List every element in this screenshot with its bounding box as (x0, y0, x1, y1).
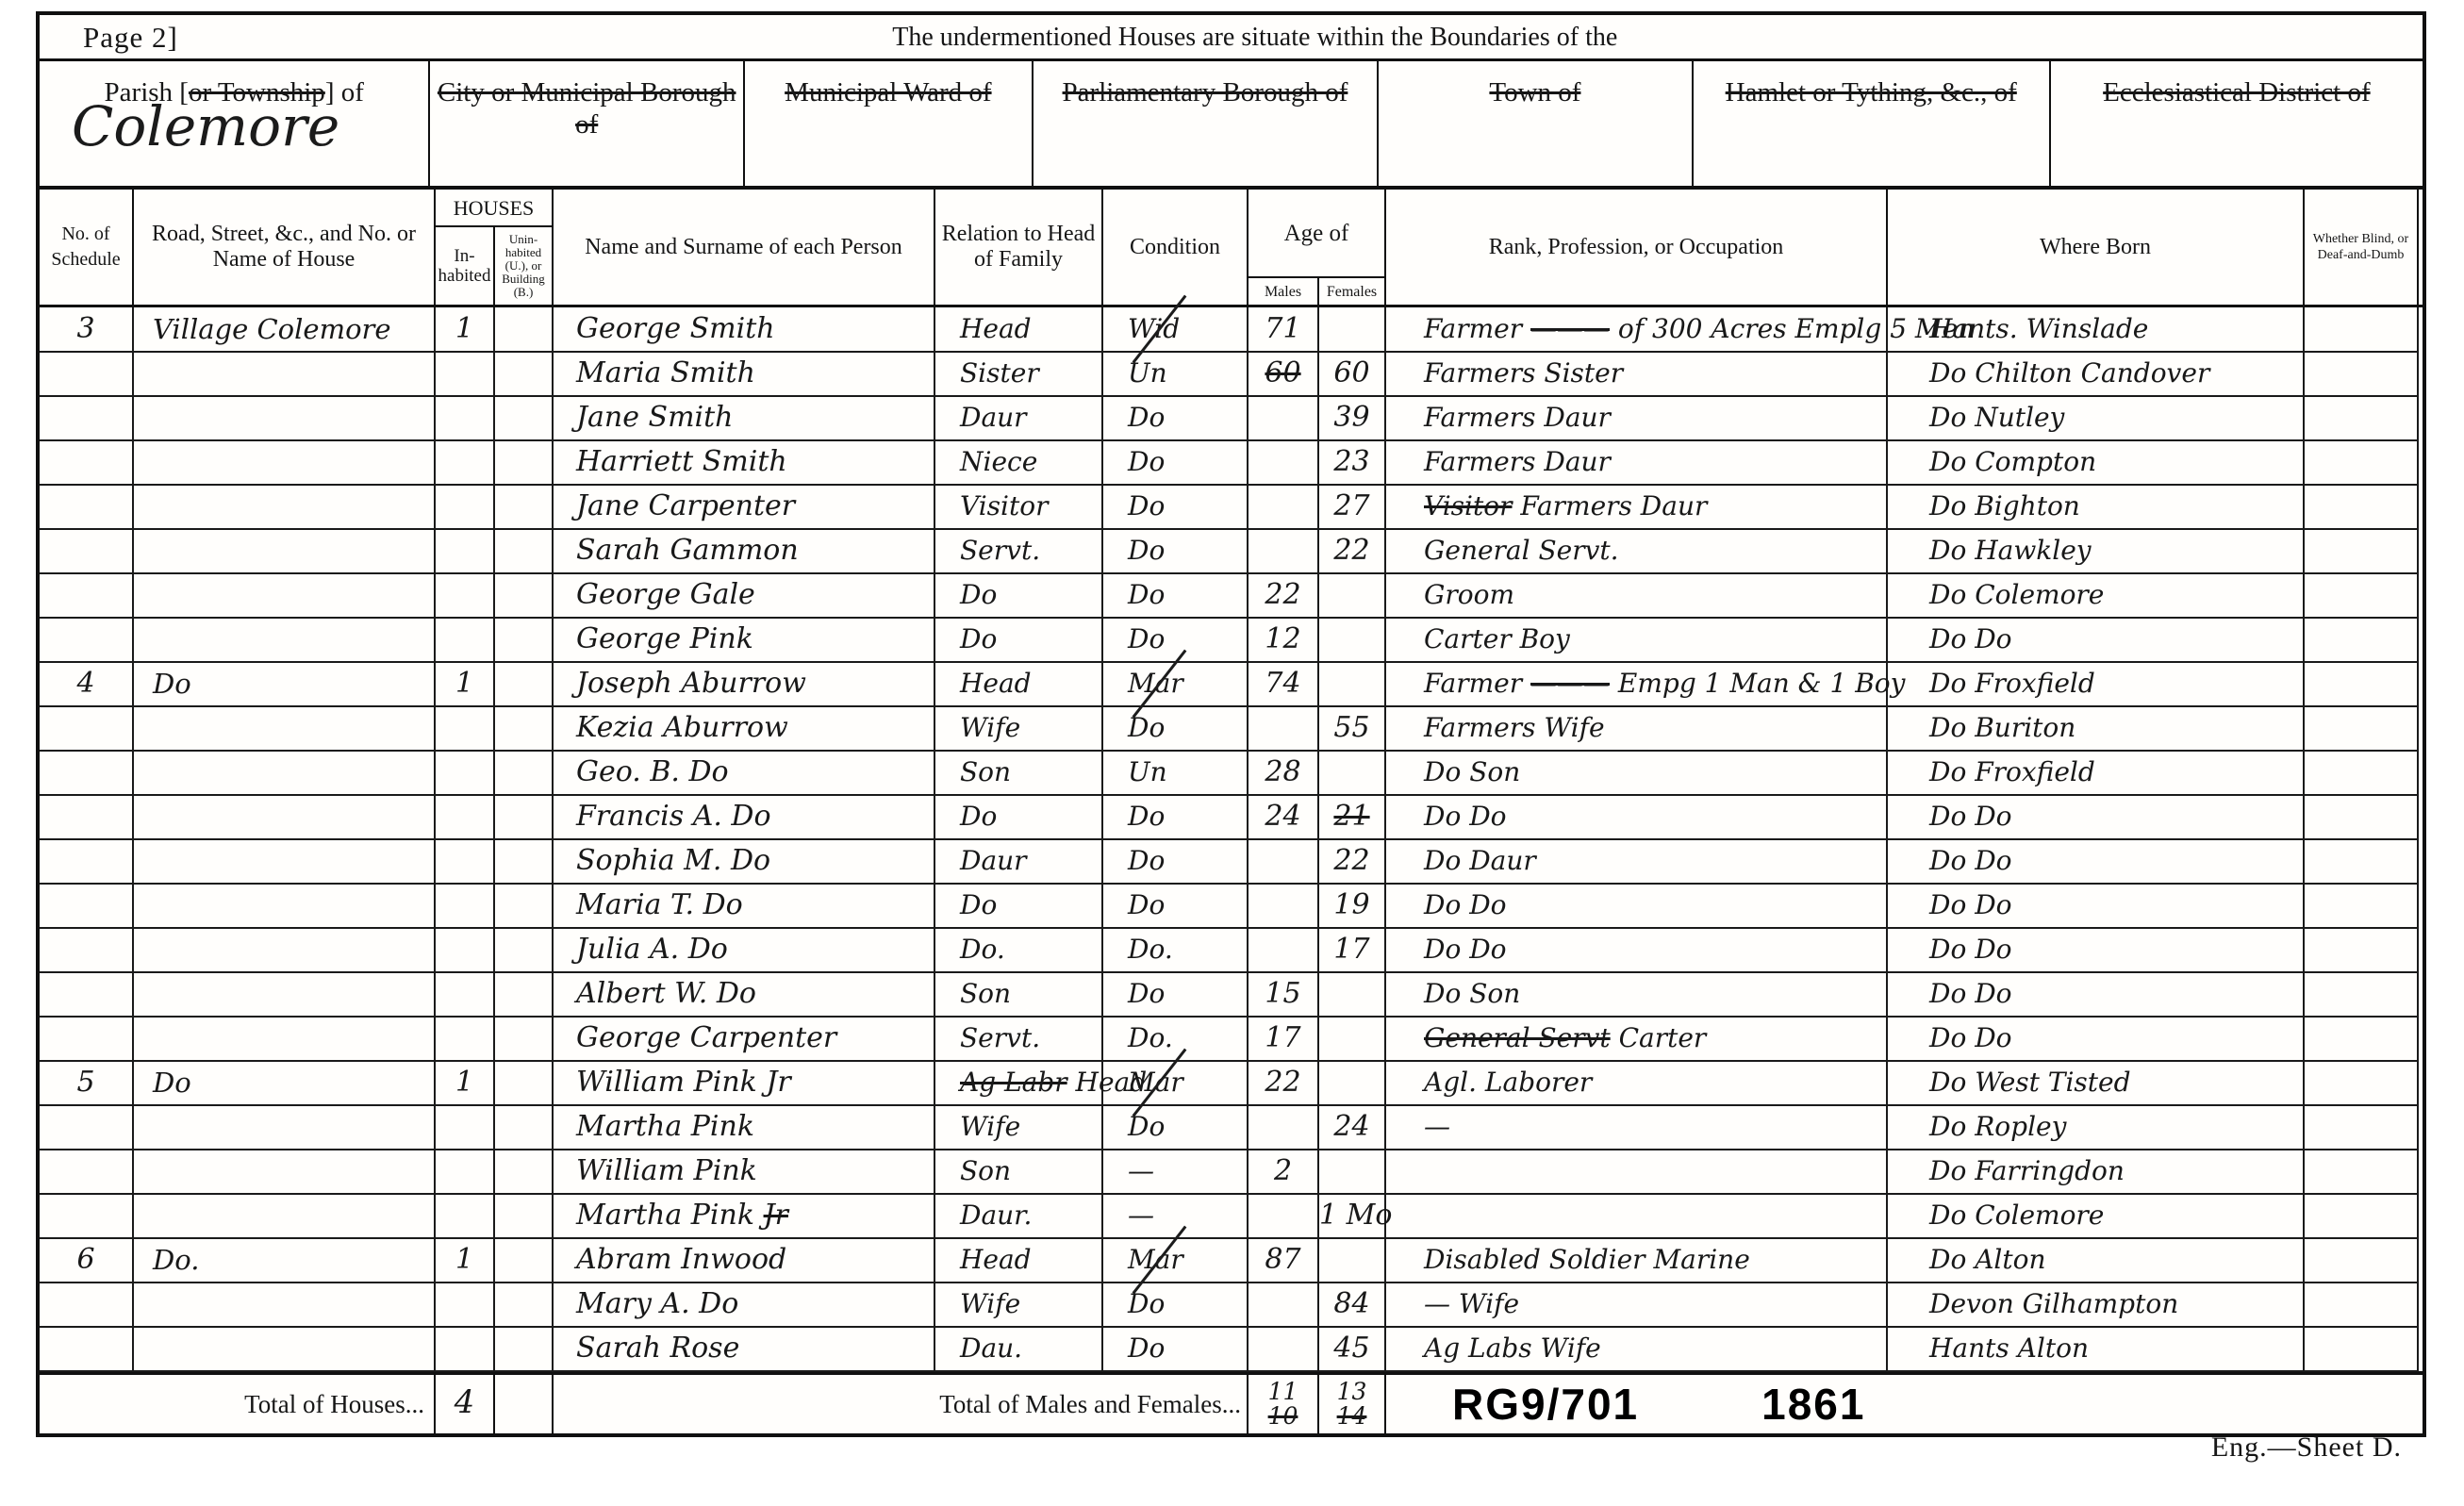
table-row: Kezia Aburrow Wife Do 55 Farmers Wife Do… (40, 706, 2423, 751)
cell-condition: Do. (1103, 1017, 1249, 1062)
cell-infirmity (2305, 662, 2419, 707)
cell-where-born: Do Hawkley (1888, 529, 2305, 574)
cell-road-street (134, 972, 436, 1018)
cell-condition: Un (1103, 352, 1249, 397)
cell-age-female (1319, 662, 1386, 707)
cell-occupation: Carter Boy (1386, 618, 1888, 663)
table-row: Sophia M. Do Daur Do 22 Do Daur Do Do (40, 839, 2423, 884)
table-row: 5 Do 1 William Pink Jr Ag Labr Head Mar … (40, 1061, 2423, 1105)
cell-age-male (1249, 706, 1319, 752)
cell-relation: Head (935, 1238, 1103, 1283)
cell-condition: Do (1103, 485, 1249, 530)
cell-house-uninhabited (495, 1327, 554, 1372)
cell-person-name: George Gale (554, 573, 935, 619)
table-row: Geo. B. Do Son Un 28 Do Son Do Froxfield (40, 751, 2423, 795)
cell-infirmity (2305, 618, 2419, 663)
cell-where-born: Do Alton (1888, 1238, 2305, 1283)
cell-person-name: Mary A. Do (554, 1283, 935, 1328)
col-header-name: Name and Surname of each Person (554, 190, 935, 305)
cell-person-name: William Pink Jr (554, 1061, 935, 1106)
cell-condition: Do (1103, 839, 1249, 885)
cell-road-street (134, 1150, 436, 1195)
cell-house-uninhabited (495, 1283, 554, 1328)
cell-relation: Servt. (935, 529, 1103, 574)
cell-age-female: 22 (1319, 529, 1386, 574)
cell-relation: Head (935, 662, 1103, 707)
cell-road-street (134, 839, 436, 885)
cell-condition: Do (1103, 1105, 1249, 1150)
cell-where-born: Do Do (1888, 839, 2305, 885)
cell-occupation: Ag Labs Wife (1386, 1327, 1888, 1372)
cell-house-inhabited (436, 573, 495, 619)
cell-person-name: Geo. B. Do (554, 751, 935, 796)
cell-where-born: Do West Tisted (1888, 1061, 2305, 1106)
cell-age-female (1319, 1150, 1386, 1195)
cell-schedule-number (40, 884, 134, 929)
cell-relation: Do. (935, 928, 1103, 973)
cell-schedule-number (40, 1150, 134, 1195)
cell-house-uninhabited (495, 706, 554, 752)
cell-schedule-number (40, 1017, 134, 1062)
cell-infirmity (2305, 352, 2419, 397)
cell-occupation: Farmers Wife (1386, 706, 1888, 752)
cell-schedule-number (40, 352, 134, 397)
cell-infirmity (2305, 706, 2419, 752)
cell-house-uninhabited (495, 573, 554, 619)
table-row: Martha Pink Wife Do 24 — Do Ropley (40, 1105, 2423, 1150)
cell-infirmity (2305, 396, 2419, 441)
cell-house-inhabited (436, 1105, 495, 1150)
district-field-handwritten-value: Colemore (72, 110, 339, 142)
cell-condition: Do (1103, 972, 1249, 1018)
total-houses-value: 4 (436, 1375, 495, 1433)
table-row: 3 Village Colemore 1 George Smith Head W… (40, 307, 2423, 352)
cell-house-uninhabited (495, 485, 554, 530)
cell-age-female (1319, 307, 1386, 353)
cell-house-inhabited (436, 352, 495, 397)
district-field-struck-label: City or Municipal Borough of (438, 77, 736, 140)
cell-person-name: George Pink (554, 618, 935, 663)
cell-infirmity (2305, 529, 2419, 574)
cell-person-name: Maria Smith (554, 352, 935, 397)
cell-house-inhabited: 1 (436, 307, 495, 353)
cell-road-street (134, 706, 436, 752)
cell-house-uninhabited (495, 795, 554, 840)
district-field-struck-label: Ecclesiastical District of (2103, 77, 2370, 108)
archive-reference-stamp: RG9/701 (1452, 1379, 1639, 1430)
cell-schedule-number (40, 618, 134, 663)
cell-road-street (134, 1017, 436, 1062)
cell-schedule-number: 5 (40, 1061, 134, 1106)
page-number-label: Page 2] (83, 21, 178, 55)
cell-road-street (134, 485, 436, 530)
cell-age-female: 22 (1319, 839, 1386, 885)
cell-age-female (1319, 751, 1386, 796)
cell-age-male: 22 (1249, 573, 1319, 619)
district-field: Municipal Ward of (745, 61, 1034, 186)
total-males-value: 11 10 (1249, 1375, 1319, 1433)
cell-house-uninhabited (495, 839, 554, 885)
cell-age-female: 1 Mo (1319, 1194, 1386, 1239)
cell-road-street (134, 573, 436, 619)
totals-row: Total of Houses... 4 Total of Males and … (40, 1371, 2423, 1433)
cell-infirmity (2305, 884, 2419, 929)
district-field: Town of (1379, 61, 1694, 186)
cell-person-name: Jane Carpenter (554, 485, 935, 530)
cell-condition: Do (1103, 884, 1249, 929)
cell-age-male (1249, 1283, 1319, 1328)
cell-person-name: Martha Pink Jr (554, 1194, 935, 1239)
cell-where-born: Devon Gilhampton (1888, 1283, 2305, 1328)
col-header-schedule: No. of Schedule (40, 190, 134, 305)
cell-relation: Dau. (935, 1327, 1103, 1372)
cell-house-inhabited (436, 1327, 495, 1372)
archive-stamp: RG9/701 1861 (1386, 1375, 1888, 1433)
cell-schedule-number (40, 751, 134, 796)
cell-age-female: 17 (1319, 928, 1386, 973)
table-row: Jane Smith Daur Do 39 Farmers Daur Do Nu… (40, 396, 2423, 440)
cell-schedule-number: 3 (40, 307, 134, 353)
cell-house-inhabited (436, 751, 495, 796)
district-field: Parish [or Township] of Colemore (40, 61, 430, 186)
cell-schedule-number (40, 706, 134, 752)
cell-relation: Son (935, 751, 1103, 796)
cell-age-male: 60 (1249, 352, 1319, 397)
cell-age-female (1319, 618, 1386, 663)
cell-house-uninhabited (495, 1105, 554, 1150)
col-header-infirmity: Whether Blind, or Deaf-and-Dumb (2305, 190, 2419, 305)
cell-house-inhabited (436, 1150, 495, 1195)
cell-where-born: Do Do (1888, 795, 2305, 840)
col-header-occupation: Rank, Profession, or Occupation (1386, 190, 1888, 305)
cell-age-female (1319, 1061, 1386, 1106)
cell-condition: Mar (1103, 662, 1249, 707)
cell-where-born: Do Bighton (1888, 485, 2305, 530)
cell-age-female: 19 (1319, 884, 1386, 929)
cell-age-male: 87 (1249, 1238, 1319, 1283)
cell-schedule-number (40, 1194, 134, 1239)
cell-age-female (1319, 1238, 1386, 1283)
cell-infirmity (2305, 573, 2419, 619)
cell-condition: Do. (1103, 928, 1249, 973)
cell-road-street (134, 751, 436, 796)
cell-age-male (1249, 529, 1319, 574)
totals-born-cell (1888, 1375, 2305, 1433)
col-header-males: Males (1249, 276, 1319, 305)
cell-age-female: 21 (1319, 795, 1386, 840)
cell-person-name: Francis A. Do (554, 795, 935, 840)
cell-relation: Daur. (935, 1194, 1103, 1239)
cell-house-inhabited (436, 396, 495, 441)
cell-age-male: 12 (1249, 618, 1319, 663)
cell-house-uninhabited (495, 1194, 554, 1239)
cell-relation: Wife (935, 706, 1103, 752)
cell-where-born: Do Do (1888, 972, 2305, 1018)
cell-infirmity (2305, 1283, 2419, 1328)
total-males-females-label: Total of Males and Females... (554, 1375, 1249, 1433)
total-females-value: 13 14 (1319, 1375, 1386, 1433)
cell-house-uninhabited (495, 928, 554, 973)
census-sheet: Page 2] The undermentioned Houses are si… (36, 11, 2426, 1437)
table-row: Sarah Rose Dau. Do 45 Ag Labs Wife Hants… (40, 1327, 2423, 1371)
cell-infirmity (2305, 751, 2419, 796)
cell-infirmity (2305, 1061, 2419, 1106)
cell-person-name: Martha Pink (554, 1105, 935, 1150)
cell-occupation: Farmers Daur (1386, 440, 1888, 486)
cell-person-name: William Pink (554, 1150, 935, 1195)
cell-relation: Son (935, 1150, 1103, 1195)
cell-occupation: General Servt. (1386, 529, 1888, 574)
cell-age-female: 24 (1319, 1105, 1386, 1150)
cell-schedule-number (40, 1105, 134, 1150)
cell-schedule-number (40, 485, 134, 530)
cell-age-male (1249, 1327, 1319, 1372)
cell-infirmity (2305, 1105, 2419, 1150)
cell-relation: Niece (935, 440, 1103, 486)
col-header-inhabited: In-habited (436, 227, 495, 305)
col-header-where-born: Where Born (1888, 190, 2305, 305)
cell-road-street (134, 795, 436, 840)
cell-age-male: 74 (1249, 662, 1319, 707)
cell-schedule-number (40, 1327, 134, 1372)
cell-house-uninhabited (495, 440, 554, 486)
cell-infirmity (2305, 1017, 2419, 1062)
cell-occupation: Do Son (1386, 751, 1888, 796)
cell-road-street (134, 352, 436, 397)
cell-house-uninhabited (495, 751, 554, 796)
cell-relation: Wife (935, 1105, 1103, 1150)
cell-age-male: 2 (1249, 1150, 1319, 1195)
cell-house-inhabited (436, 529, 495, 574)
cell-relation: Servt. (935, 1017, 1103, 1062)
cell-house-inhabited: 1 (436, 1061, 495, 1106)
cell-relation: Daur (935, 839, 1103, 885)
cell-road-street (134, 1105, 436, 1150)
table-row: Julia A. Do Do. Do. 17 Do Do Do Do (40, 928, 2423, 972)
table-row: George Carpenter Servt. Do. 17 General S… (40, 1017, 2423, 1061)
cell-relation: Wife (935, 1283, 1103, 1328)
cell-condition: Do (1103, 1283, 1249, 1328)
cell-occupation: Do Do (1386, 795, 1888, 840)
cell-relation: Do (935, 573, 1103, 619)
table-row: Sarah Gammon Servt. Do 22 General Servt.… (40, 529, 2423, 573)
totals-spacer (495, 1375, 554, 1433)
cell-occupation: Farmer ——— Empg 1 Man & 1 Boy (1386, 662, 1888, 707)
district-field-struck-label: Hamlet or Tything, &c., of (1726, 77, 2017, 108)
cell-age-female (1319, 1017, 1386, 1062)
cell-relation: Ag Labr Head (935, 1061, 1103, 1106)
cell-house-inhabited (436, 884, 495, 929)
district-field: City or Municipal Borough of (430, 61, 745, 186)
col-header-age: Age of (1249, 190, 1386, 276)
cell-schedule-number (40, 795, 134, 840)
cell-where-born: Hants Alton (1888, 1327, 2305, 1372)
table-row: George Pink Do Do 12 Carter Boy Do Do (40, 618, 2423, 662)
cell-relation: Do (935, 884, 1103, 929)
cell-house-uninhabited (495, 972, 554, 1018)
total-males-corrected: 11 (1268, 1380, 1298, 1404)
district-field-struck-label: Municipal Ward of (785, 77, 991, 108)
cell-road-street (134, 618, 436, 663)
cell-condition: Mar (1103, 1061, 1249, 1106)
cell-house-inhabited (436, 972, 495, 1018)
cell-house-inhabited (436, 795, 495, 840)
cell-house-uninhabited (495, 307, 554, 353)
table-row: Maria T. Do Do Do 19 Do Do Do Do (40, 884, 2423, 928)
cell-relation: Do (935, 795, 1103, 840)
cell-age-male (1249, 440, 1319, 486)
cell-where-born: Do Chilton Candover (1888, 352, 2305, 397)
cell-occupation: General Servt Carter (1386, 1017, 1888, 1062)
boundary-title: The undermentioned Houses are situate wi… (892, 23, 1617, 53)
cell-age-male: 15 (1249, 972, 1319, 1018)
cell-occupation: Disabled Soldier Marine (1386, 1238, 1888, 1283)
cell-occupation (1386, 1150, 1888, 1195)
total-females-struck: 14 (1337, 1404, 1367, 1429)
cell-infirmity (2305, 972, 2419, 1018)
cell-person-name: Sarah Rose (554, 1327, 935, 1372)
cell-occupation: Visitor Farmers Daur (1386, 485, 1888, 530)
table-row: Francis A. Do Do Do 24 21 Do Do Do Do (40, 795, 2423, 839)
col-header-houses: HOUSES (436, 190, 554, 227)
cell-age-male (1249, 1105, 1319, 1150)
cell-occupation: Do Son (1386, 972, 1888, 1018)
cell-where-born: Do Froxfield (1888, 751, 2305, 796)
table-row: Martha Pink Jr Daur. — 1 Mo Do Colemore (40, 1194, 2423, 1238)
cell-schedule-number (40, 839, 134, 885)
top-bar: Page 2] The undermentioned Houses are si… (40, 15, 2423, 61)
cell-age-male: 24 (1249, 795, 1319, 840)
cell-age-male: 71 (1249, 307, 1319, 353)
table-row: William Pink Son — 2 Do Farringdon (40, 1150, 2423, 1194)
cell-age-male: 17 (1249, 1017, 1319, 1062)
cell-infirmity (2305, 928, 2419, 973)
cell-where-born: Do Farringdon (1888, 1150, 2305, 1195)
cell-road-street (134, 440, 436, 486)
table-row: Jane Carpenter Visitor Do 27 Visitor Far… (40, 485, 2423, 529)
cell-house-uninhabited (495, 1061, 554, 1106)
cell-relation: Visitor (935, 485, 1103, 530)
cell-road-street (134, 529, 436, 574)
cell-age-female: 60 (1319, 352, 1386, 397)
cell-where-born: Do Ropley (1888, 1105, 2305, 1150)
cell-schedule-number (40, 396, 134, 441)
cell-relation: Sister (935, 352, 1103, 397)
cell-infirmity (2305, 485, 2419, 530)
cell-age-male (1249, 839, 1319, 885)
cell-condition: Mar (1103, 1238, 1249, 1283)
cell-person-name: George Smith (554, 307, 935, 353)
cell-occupation: Do Do (1386, 928, 1888, 973)
cell-house-uninhabited (495, 618, 554, 663)
cell-relation: Son (935, 972, 1103, 1018)
cell-schedule-number (40, 529, 134, 574)
cell-person-name: Kezia Aburrow (554, 706, 935, 752)
cell-age-female: 45 (1319, 1327, 1386, 1372)
sheet-footer: Eng.—Sheet D. (2211, 1432, 2402, 1464)
cell-age-female: 27 (1319, 485, 1386, 530)
table-row: Albert W. Do Son Do 15 Do Son Do Do (40, 972, 2423, 1017)
cell-condition: Do (1103, 529, 1249, 574)
cell-occupation: Agl. Laborer (1386, 1061, 1888, 1106)
cell-condition: Do (1103, 1327, 1249, 1372)
cell-house-inhabited (436, 928, 495, 973)
cell-infirmity (2305, 1194, 2419, 1239)
table-row: Harriett Smith Niece Do 23 Farmers Daur … (40, 440, 2423, 485)
cell-person-name: Maria T. Do (554, 884, 935, 929)
cell-house-inhabited (436, 839, 495, 885)
cell-age-female: 84 (1319, 1283, 1386, 1328)
cell-condition: Do (1103, 618, 1249, 663)
col-header-road: Road, Street, &c., and No. or Name of Ho… (134, 190, 436, 305)
cell-condition: — (1103, 1194, 1249, 1239)
cell-age-female (1319, 972, 1386, 1018)
cell-occupation: Farmers Sister (1386, 352, 1888, 397)
col-header-females: Females (1319, 276, 1386, 305)
cell-age-male (1249, 396, 1319, 441)
table-row: 6 Do. 1 Abram Inwood Head Mar 87 Disable… (40, 1238, 2423, 1283)
table-body: 3 Village Colemore 1 George Smith Head W… (40, 307, 2423, 1371)
cell-where-born: Do Do (1888, 1017, 2305, 1062)
column-header-row: No. of Schedule Road, Street, &c., and N… (40, 190, 2423, 307)
district-field-struck-label: Town of (1489, 77, 1580, 108)
cell-relation: Daur (935, 396, 1103, 441)
cell-occupation: Farmer ——— of 300 Acres Emplg 5 Men (1386, 307, 1888, 353)
col-header-uninhabited: Unin-habited (U.), or Building (B.) (495, 227, 554, 305)
cell-house-inhabited (436, 1283, 495, 1328)
cell-road-street (134, 1283, 436, 1328)
table-row: Maria Smith Sister Un 60 60 Farmers Sist… (40, 352, 2423, 396)
cell-age-male (1249, 884, 1319, 929)
cell-schedule-number (40, 972, 134, 1018)
cell-relation: Do (935, 618, 1103, 663)
cell-condition: Do (1103, 795, 1249, 840)
cell-condition: Un (1103, 751, 1249, 796)
census-year-stamp: 1861 (1761, 1379, 1865, 1430)
col-header-condition: Condition (1103, 190, 1249, 305)
cell-condition: Do (1103, 573, 1249, 619)
cell-occupation: Do Do (1386, 884, 1888, 929)
cell-relation: Head (935, 307, 1103, 353)
cell-age-female: 23 (1319, 440, 1386, 486)
cell-road-street (134, 396, 436, 441)
cell-house-uninhabited (495, 884, 554, 929)
cell-condition: Do (1103, 706, 1249, 752)
total-females-corrected: 13 (1337, 1380, 1367, 1404)
cell-house-uninhabited (495, 352, 554, 397)
district-field-struck-label: Parliamentary Borough of (1063, 77, 1348, 108)
district-field: Hamlet or Tything, &c., of (1694, 61, 2051, 186)
cell-road-street: Do (134, 1061, 436, 1106)
cell-house-inhabited (436, 618, 495, 663)
cell-person-name: Sarah Gammon (554, 529, 935, 574)
cell-where-born: Hants. Winslade (1888, 307, 2305, 353)
cell-person-name: Abram Inwood (554, 1238, 935, 1283)
cell-house-uninhabited (495, 1150, 554, 1195)
cell-condition: — (1103, 1150, 1249, 1195)
cell-house-uninhabited (495, 1238, 554, 1283)
cell-road-street (134, 928, 436, 973)
cell-house-inhabited (436, 485, 495, 530)
cell-road-street (134, 884, 436, 929)
cell-house-inhabited: 1 (436, 662, 495, 707)
cell-condition: Do (1103, 396, 1249, 441)
cell-infirmity (2305, 440, 2419, 486)
cell-road-street (134, 1194, 436, 1239)
table-row: Mary A. Do Wife Do 84 — Wife Devon Gilha… (40, 1283, 2423, 1327)
cell-infirmity (2305, 307, 2419, 353)
district-field: Parliamentary Borough of (1034, 61, 1379, 186)
